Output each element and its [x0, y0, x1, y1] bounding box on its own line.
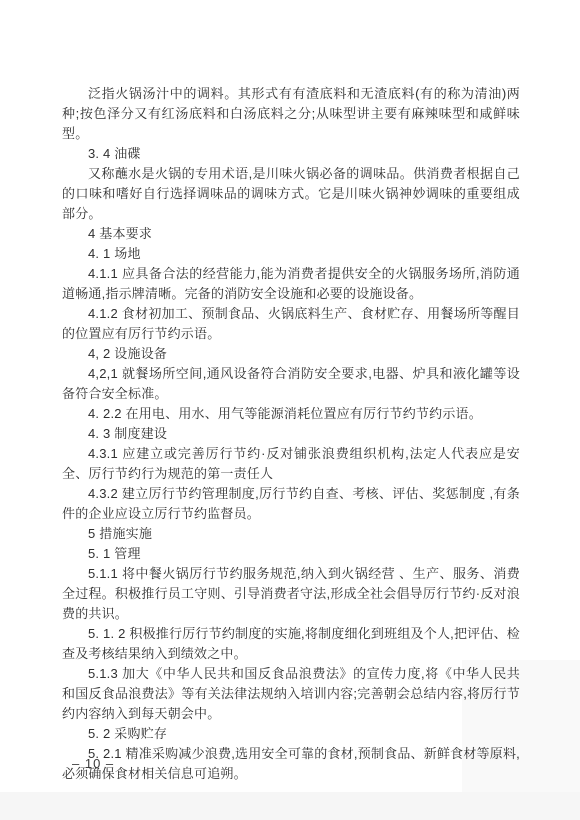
paragraph-oil-dish-description: 又称蘸水是火锅的专用术语,是川味火锅必备的调味品。供消费者根据自己的口味和嗜好自… [62, 164, 520, 224]
paragraph-4-1-1: 4.1.1 应具备合法的经营能力,能为消费者提供安全的火锅服务场所,消防通道畅通… [62, 264, 520, 304]
section-heading-4-3-system: 4. 3 制度建设 [62, 424, 520, 444]
scan-shading-bottom [0, 792, 580, 820]
section-heading-4-basic-requirements: 4 基本要求 [62, 224, 520, 244]
section-heading-4-2-facilities: 4, 2 设施设备 [62, 344, 520, 364]
section-heading-5-2-procurement: 5. 2 采购贮存 [62, 724, 520, 744]
section-heading-5-measures: 5 措施实施 [62, 524, 520, 544]
paragraph-5-1-2: 5. 1. 2 积极推行厉行节约制度的实施,将制度细化到班组及个人,把评估、检查… [62, 624, 520, 664]
page-number: – 10 – [72, 756, 114, 771]
paragraph-4-3-2: 4.3.2 建立厉行节约管理制度,厉行节约自查、考核、评估、奖惩制度 ,有条件的… [62, 484, 520, 524]
document-page: 泛指火锅汤汁中的调料。其形式有有渣底料和无渣底料(有的称为清油)两种;按色泽分又… [0, 0, 580, 820]
paragraph-4-3-1: 4.3.1 应建立或完善厉行节约·反对铺张浪费组织机构,法定人代表应是安全、厉行… [62, 444, 520, 484]
paragraph-5-1-3: 5.1.3 加大《中华人民共和国反食品浪费法》的宣传力度,将《中华人民共和国反食… [62, 664, 520, 724]
paragraph-4-2-2: 4. 2.2 在用电、用水、用气等能源消耗位置应有厉行节约节约示语。 [62, 404, 520, 424]
section-heading-3-4-oil-dish: 3. 4 油碟 [62, 144, 520, 164]
paragraph-5-1-1: 5.1.1 将中餐火锅厉行节约服务规范,纳入到火锅经营 、生产、服务、消费全过程… [62, 564, 520, 624]
section-heading-4-1-site: 4. 1 场地 [62, 244, 520, 264]
paragraph-4-2-1: 4,2,1 就餐场所空间,通风设备符合消防安全要求,电器、炉具和液化罐等设备符合… [62, 364, 520, 404]
paragraph-5-2-1: 5. 2.1 精准采购减少浪费,选用安全可靠的食材,预制食品、新鲜食材等原料,必… [62, 744, 520, 784]
paragraph-condiment-description: 泛指火锅汤汁中的调料。其形式有有渣底料和无渣底料(有的称为清油)两种;按色泽分又… [62, 84, 520, 144]
paragraph-4-1-2: 4.1.2 食材初加工、预制食品、火锅底料生产、食材贮存、用餐场所等醒目的位置应… [62, 304, 520, 344]
document-text-block: 泛指火锅汤汁中的调料。其形式有有渣底料和无渣底料(有的称为清油)两种;按色泽分又… [62, 84, 520, 784]
section-heading-5-1-management: 5. 1 管理 [62, 544, 520, 564]
